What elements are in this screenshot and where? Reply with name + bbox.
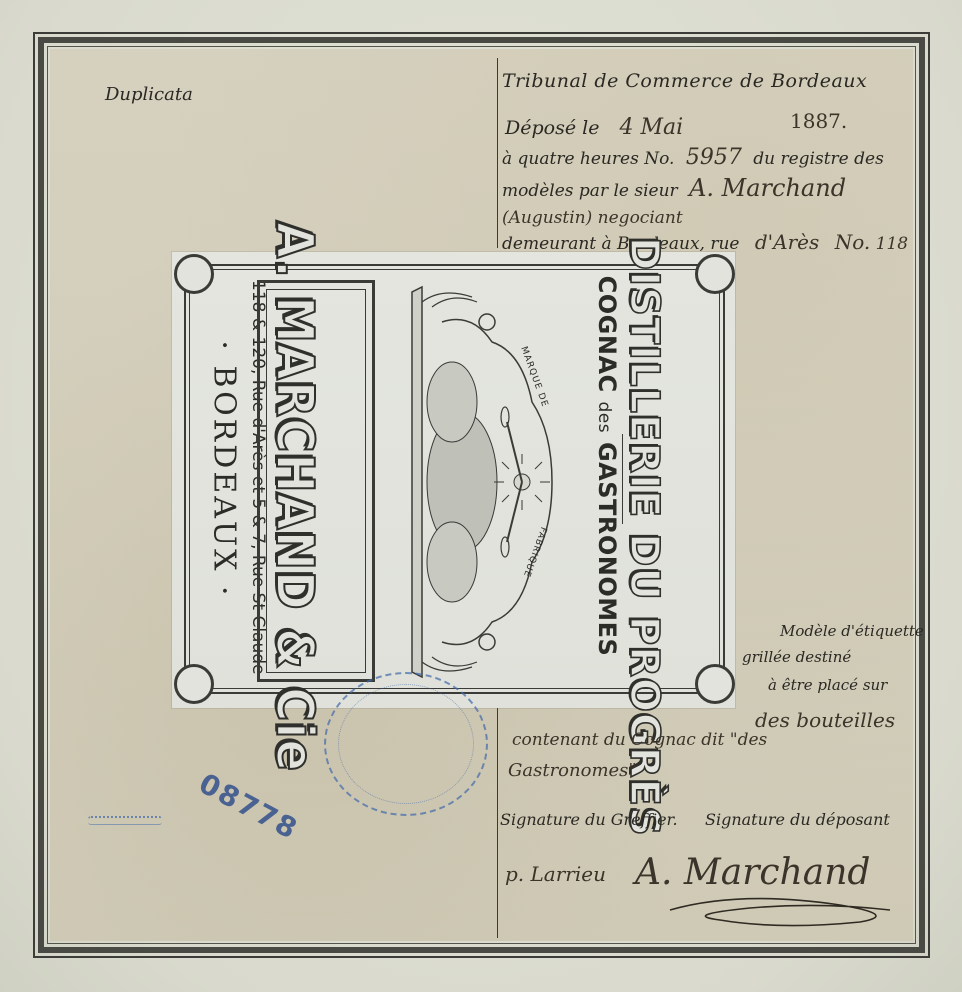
- deposant-signature-label: Signature du déposant: [705, 810, 890, 829]
- cognac-label: 118 & 120, Rue d'Arès et 5 & 7, Rue St C…: [172, 252, 735, 708]
- duplicata-annotation: Duplicata: [105, 84, 193, 105]
- court-seal-stamp: [324, 672, 488, 816]
- deposit-year: 1887.: [790, 109, 847, 133]
- register-text: du registre des: [753, 149, 884, 169]
- product-des: des: [594, 402, 614, 434]
- depositor-firstname: (Augustin): [502, 208, 592, 228]
- corner-ornament-icon: [695, 254, 735, 294]
- number-prefix: No.: [644, 149, 674, 169]
- depositor-line: (Augustin) negociant: [502, 208, 683, 228]
- greffier-signature-label: Signature du Greffier.: [500, 810, 678, 829]
- hour-line: à quatre heures No. 5957 du registre des: [502, 145, 884, 170]
- signature-flourish-icon: [660, 880, 910, 930]
- label-distillery: DISTILLERIE DU PROGRÈS: [621, 237, 667, 697]
- usage-line-5: contenant du Cognac dit "des: [512, 730, 767, 750]
- usage-line-2: grillée destiné: [742, 648, 851, 666]
- product-name: GASTRONOMES: [593, 442, 621, 656]
- usage-line-3: à être placé sur: [768, 676, 887, 694]
- blue-pencil-mark: [88, 816, 162, 825]
- depositor-name: A. Marchand: [689, 174, 846, 202]
- deposit-prefix: Déposé le: [505, 117, 599, 139]
- greffier-signature: p. Larrieu: [505, 862, 606, 886]
- usage-line-4: des bouteilles: [755, 708, 895, 732]
- product-main: COGNAC: [593, 276, 621, 393]
- deposit-line: Déposé le 4 Mai 1887.: [505, 115, 683, 140]
- allegorical-vignette-icon: [382, 282, 582, 682]
- corner-ornament-icon: [174, 664, 214, 704]
- models-text: modèles par le sieur: [502, 181, 678, 201]
- corner-ornament-icon: [695, 664, 735, 704]
- usage-line-6: Gastronomes": [508, 760, 637, 781]
- registry-divider: [497, 58, 498, 248]
- registry-number: 5957: [686, 145, 742, 170]
- depositor-profession: negociant: [598, 208, 683, 228]
- label-product: COGNAC des GASTRONOMES: [593, 266, 621, 666]
- registry-header: Tribunal de Commerce de Bordeaux: [502, 70, 867, 92]
- residence-line: demeurant à Bordeaux, rue d'Arès No. 118: [502, 230, 908, 254]
- signature-divider: [497, 708, 498, 938]
- deposit-date: 4 Mai: [619, 115, 683, 140]
- street-name: d'Arès: [755, 230, 819, 254]
- usage-line-1: Modèle d'étiquette: [780, 622, 924, 640]
- label-company-name: A. MARCHAND & Cie: [264, 222, 324, 702]
- hour-prefix: à quatre heures: [502, 149, 639, 169]
- street-number-prefix: No.: [835, 230, 871, 254]
- label-city: · BORDEAUX ·: [207, 280, 242, 660]
- models-line: modèles par le sieur A. Marchand: [502, 174, 846, 202]
- street-number: 118: [876, 234, 908, 254]
- court-seal-inner: [338, 684, 474, 804]
